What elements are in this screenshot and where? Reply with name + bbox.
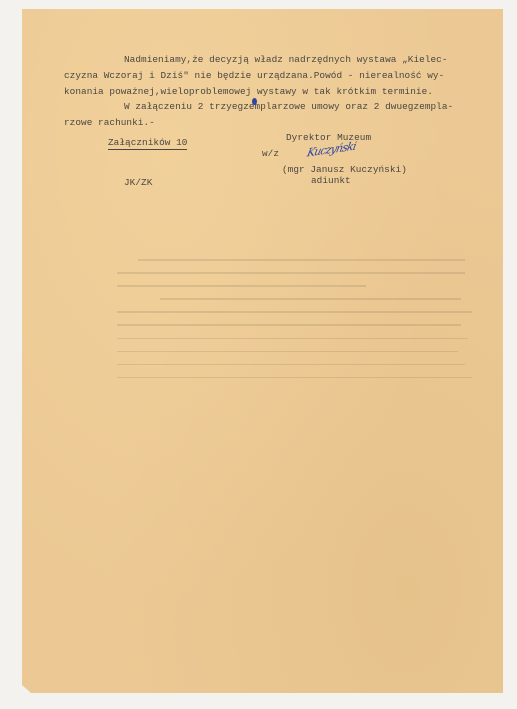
body-line-4: W załączeniu 2 trzyegzemplarzowe umowy o… — [124, 101, 453, 112]
on-behalf-mark: w/z — [262, 148, 279, 159]
bleed-through-text — [117, 259, 472, 414]
body-line-3: konania poważnej,wieloproblemowej wystaw… — [64, 86, 433, 97]
signatory-title: Dyrektor Muzeum — [286, 132, 371, 143]
signatory-position: adiunkt — [311, 175, 351, 186]
body-line-2: czyzna Wczoraj i Dziś" nie będzie urządz… — [64, 70, 444, 81]
reference-initials: JK/ZK — [124, 177, 152, 188]
body-line-1: Nadmieniamy,że decyzją władz nadrzędnych… — [124, 54, 448, 65]
signatory-name: (mgr Janusz Kuczyński) — [282, 164, 407, 175]
body-line-5: rzowe rachunki.- — [64, 117, 155, 128]
ink-correction-mark — [252, 98, 257, 105]
attachments-count: Załączników 10 — [108, 137, 187, 150]
